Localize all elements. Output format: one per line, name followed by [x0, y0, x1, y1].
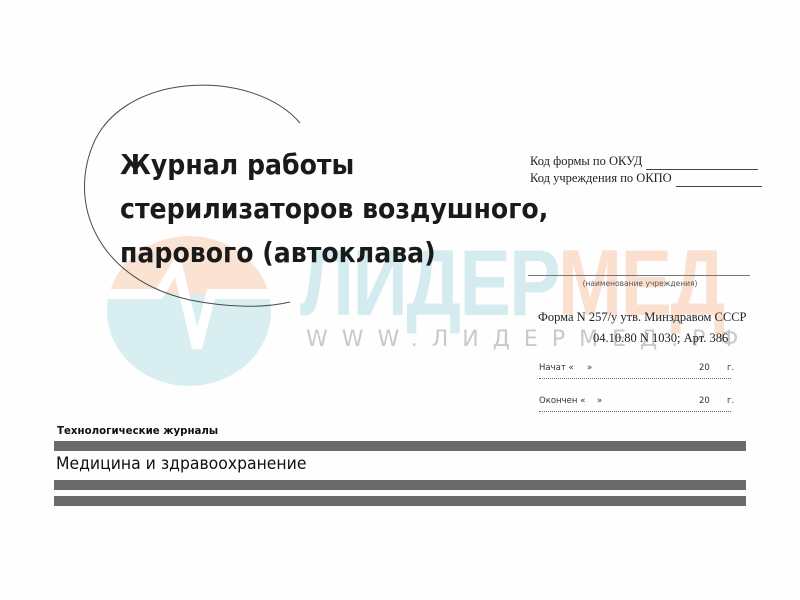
divider-bar	[54, 441, 746, 451]
journal-title: Журнал работы стерилизаторов воздушного,…	[120, 143, 548, 275]
institution-name-field[interactable]	[528, 275, 750, 276]
end-date-label: Окончен «	[539, 396, 585, 406]
okpo-code-line: Код учреждения по ОКПО	[530, 170, 762, 187]
okud-label: Код формы по ОКУД	[530, 153, 642, 170]
divider-bar	[54, 496, 746, 506]
category-label: Медицина и здравоохранение	[56, 454, 306, 474]
end-date-year: 20	[699, 396, 710, 406]
form-reference-line-1: Форма N 257/у утв. Минздравом СССР	[538, 310, 747, 325]
okpo-label: Код учреждения по ОКПО	[530, 170, 672, 187]
title-line-2: стерилизаторов воздушного,	[120, 187, 548, 231]
title-line-3: парового (автоклава)	[120, 231, 548, 275]
start-date-suffix: г.	[727, 363, 734, 373]
end-date-close-quote: »	[597, 396, 602, 406]
form-reference-line-2: 04.10.80 N 1030; Арт. 386	[593, 331, 728, 346]
okud-field[interactable]	[646, 157, 758, 170]
institution-caption: (наименование учреждения)	[560, 279, 720, 288]
end-date-suffix: г.	[727, 396, 734, 406]
start-date-year: 20	[699, 363, 710, 373]
series-label: Технологические журналы	[57, 424, 218, 437]
divider-bar	[54, 480, 746, 490]
title-line-1: Журнал работы	[120, 143, 548, 187]
form-codes: Код формы по ОКУД Код учреждения по ОКПО	[530, 153, 762, 187]
start-date-close-quote: »	[587, 363, 592, 373]
okud-code-line: Код формы по ОКУД	[530, 153, 762, 170]
start-date-label: Начат «	[539, 363, 574, 373]
okpo-field[interactable]	[676, 174, 762, 187]
end-date-row[interactable]: Окончен « » 20 г.	[539, 395, 731, 412]
start-date-row[interactable]: Начат « » 20 г.	[539, 362, 731, 379]
journal-cover: ЛИДЕРМЕД WWW.ЛИДЕРМЕД.РФ Журнал работы с…	[0, 0, 800, 600]
